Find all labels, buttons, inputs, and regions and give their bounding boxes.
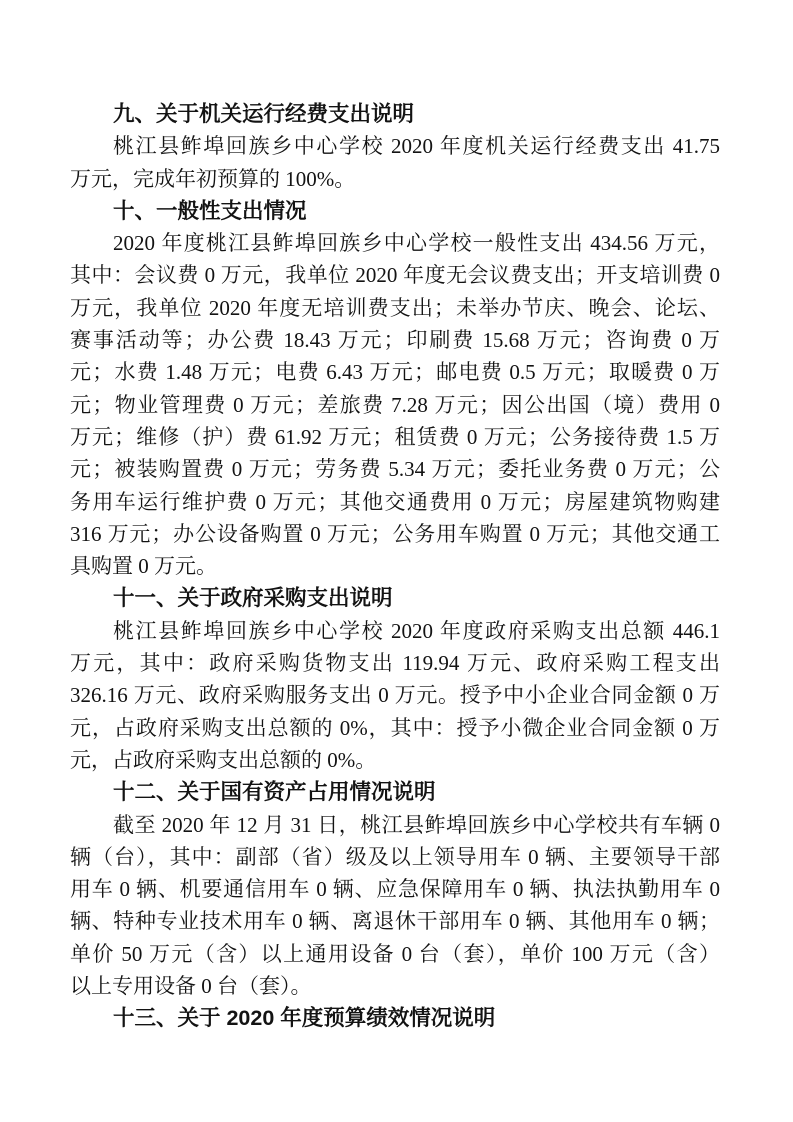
paragraph-line: 辆、特种专业技术用车 0 辆、离退休干部用车 0 辆、其他用车 0 辆； [70,905,720,937]
paragraph-line: 2020 年度桃江县鲊埠回族乡中心学校一般性支出 434.56 万元， [70,227,720,259]
paragraph-line: 元；水费 1.48 万元；电费 6.43 万元；邮电费 0.5 万元；取暖费 0… [70,356,720,388]
section-heading: 十二、关于国有资产占用情况说明 [70,776,720,808]
document-body: 九、关于机关运行经费支出说明桃江县鲊埠回族乡中心学校 2020 年度机关运行经费… [70,98,720,1035]
section-heading: 十三、关于 2020 年度预算绩效情况说明 [70,1002,720,1034]
paragraph-line: 万元，完成年初预算的 100%。 [70,163,720,195]
paragraph-line: 元，占政府采购支出总额的 0%，其中：授予小微企业合同金额 0 万 [70,712,720,744]
paragraph-line: 元，占政府采购支出总额的 0%。 [70,744,720,776]
paragraph-line: 单价 50 万元（含）以上通用设备 0 台（套），单价 100 万元（含） [70,938,720,970]
section-heading: 十、一般性支出情况 [70,195,720,227]
paragraph-line: 其中：会议费 0 万元，我单位 2020 年度无会议费支出；开支培训费 0 [70,259,720,291]
paragraph-line: 326.16 万元、政府采购服务支出 0 万元。授予中小企业合同金额 0 万 [70,679,720,711]
paragraph-line: 万元；维修（护）费 61.92 万元；租赁费 0 万元；公务接待费 1.5 万 [70,421,720,453]
paragraph-line: 桃江县鲊埠回族乡中心学校 2020 年度政府采购支出总额 446.1 [70,615,720,647]
paragraph-line: 桃江县鲊埠回族乡中心学校 2020 年度机关运行经费支出 41.75 [70,130,720,162]
section-heading: 十一、关于政府采购支出说明 [70,582,720,614]
paragraph-line: 万元，我单位 2020 年度无培训费支出；未举办节庆、晚会、论坛、 [70,292,720,324]
paragraph-line: 具购置 0 万元。 [70,550,720,582]
paragraph-line: 316 万元；办公设备购置 0 万元；公务用车购置 0 万元；其他交通工 [70,518,720,550]
paragraph-line: 万元，其中：政府采购货物支出 119.94 万元、政府采购工程支出 [70,647,720,679]
paragraph-line: 辆（台），其中：副部（省）级及以上领导用车 0 辆、主要领导干部 [70,841,720,873]
section-heading: 九、关于机关运行经费支出说明 [70,98,720,130]
paragraph-line: 用车 0 辆、机要通信用车 0 辆、应急保障用车 0 辆、执法执勤用车 0 [70,873,720,905]
paragraph-line: 赛事活动等；办公费 18.43 万元；印刷费 15.68 万元；咨询费 0 万 [70,324,720,356]
paragraph-line: 元；被装购置费 0 万元；劳务费 5.34 万元；委托业务费 0 万元；公 [70,453,720,485]
paragraph-line: 元；物业管理费 0 万元；差旅费 7.28 万元；因公出国（境）费用 0 [70,389,720,421]
paragraph-line: 务用车运行维护费 0 万元；其他交通费用 0 万元；房屋建筑物购建 [70,486,720,518]
document-page: 九、关于机关运行经费支出说明桃江县鲊埠回族乡中心学校 2020 年度机关运行经费… [0,0,793,1122]
paragraph-line: 截至 2020 年 12 月 31 日，桃江县鲊埠回族乡中心学校共有车辆 0 [70,809,720,841]
paragraph-line: 以上专用设备 0 台（套）。 [70,970,720,1002]
